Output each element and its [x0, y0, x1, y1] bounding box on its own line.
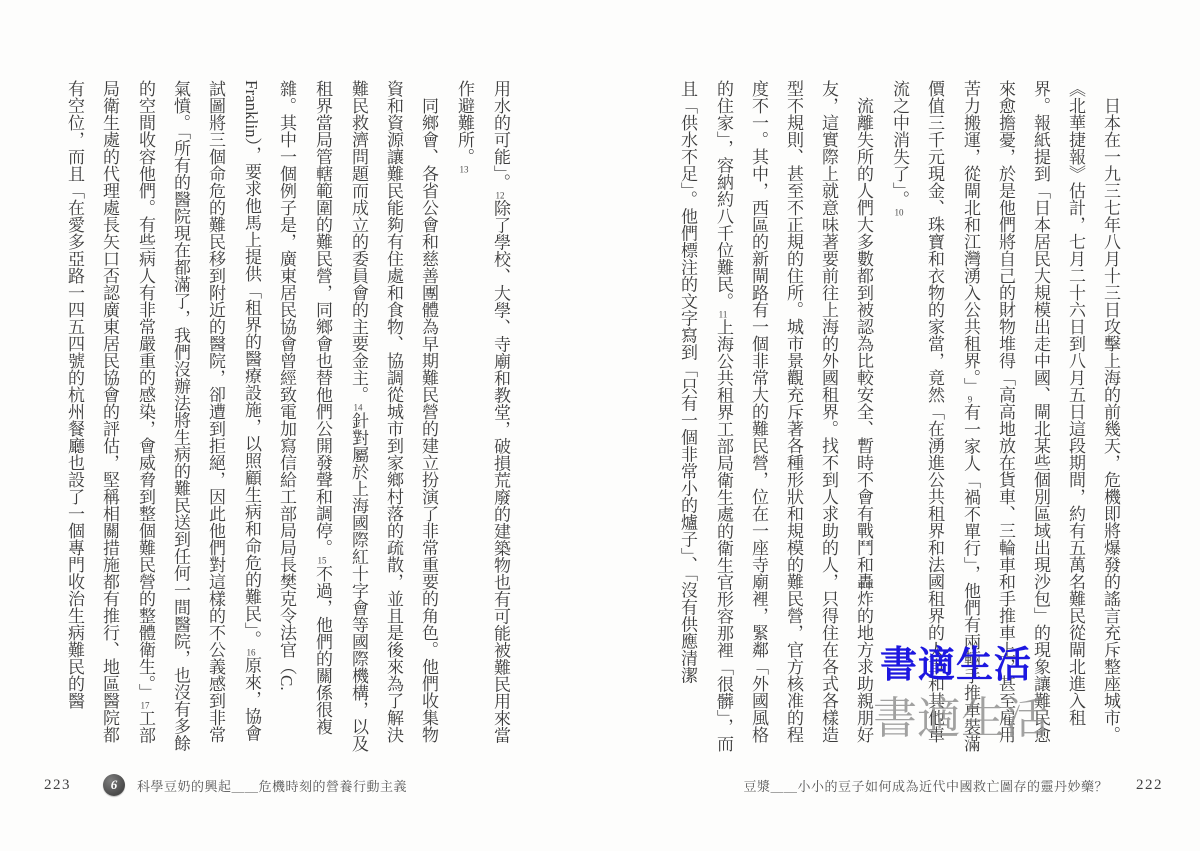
footnote-ref: 10: [894, 208, 904, 217]
paragraph: 同鄉會、各省公會和慈善團體為早期難民營的建立扮演了非常重要的角色。他們收集物資和…: [57, 80, 446, 752]
book-spread: 日本在一九三七年八月十三日攻擊上海的前幾天，危機即將爆發的謠言充斥整座城市。《北…: [0, 0, 1200, 851]
right-page-number: 222: [1136, 777, 1163, 794]
left-page-number: 223: [44, 777, 71, 794]
book-running-title: 豆漿＿＿小小的豆子如何成為近代中國救亡圖存的靈丹妙藥？: [743, 776, 1108, 795]
footnote-ref: 12: [495, 191, 505, 200]
footnote-ref: 9: [965, 395, 975, 404]
paragraph: 日本在一九三七年八月十三日攻擊上海的前幾天，危機即將爆發的謠言充斥整座城市。《北…: [881, 80, 1128, 752]
chapter-running-title: 科學豆奶的興起＿＿危機時刻的營養行動主義: [137, 776, 407, 795]
paragraph: 流離失所的人們大多數都到被認為比較安全、暫時不會有戰鬥和轟炸的地方求助親朋好友，…: [670, 80, 881, 752]
paragraph: 用水的可能」。12除了學校、大學、寺廟和教堂，破損荒廢的建築物也有可能被難民用來…: [446, 80, 518, 752]
footnote-ref: 14: [353, 403, 363, 412]
footnote-ref: 13: [459, 165, 469, 174]
right-page-footer: 豆漿＿＿小小的豆子如何成為近代中國救亡圖存的靈丹妙藥？ 222: [743, 773, 1163, 797]
chapter-number-badge: 6: [103, 774, 125, 796]
right-page-text: 日本在一九三七年八月十三日攻擊上海的前幾天，危機即將爆發的謠言充斥整座城市。《北…: [668, 80, 1128, 752]
footnote-ref: 16: [246, 648, 256, 657]
footnote-ref: 17: [140, 701, 150, 710]
left-page-footer: 223 6 科學豆奶的興起＿＿危機時刻的營養行動主義: [44, 773, 407, 797]
footnote-ref: 15: [317, 556, 327, 565]
footnote-ref: 11: [718, 310, 728, 319]
left-page-text: 用水的可能」。12除了學校、大學、寺廟和教堂，破損荒廢的建築物也有可能被難民用來…: [62, 80, 518, 752]
